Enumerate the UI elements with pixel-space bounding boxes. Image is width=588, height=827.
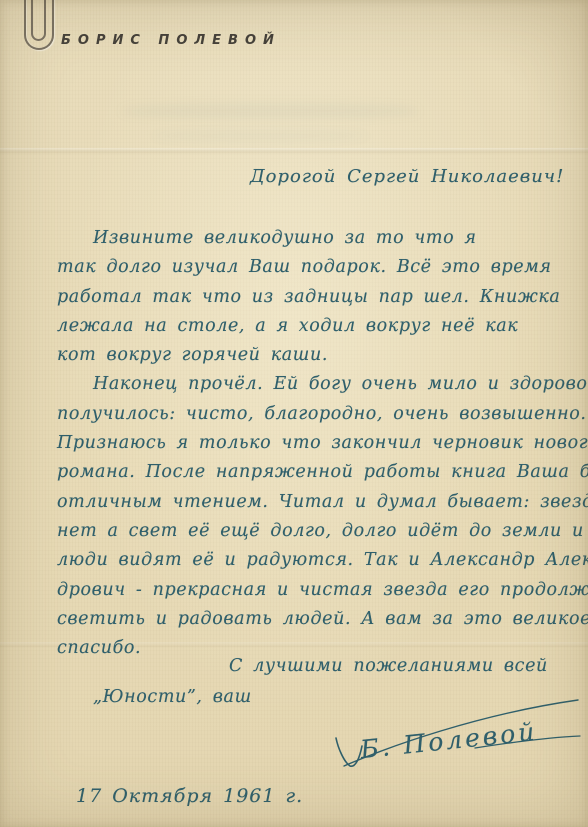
closing-line: С лучшими пожеланиями всей — [57, 656, 497, 687]
letterhead-name: БОРИС ПОЛЕВОЙ — [61, 33, 281, 48]
body-line: светить и радовать людей. А вам за это в… — [57, 609, 543, 638]
body-line: дрович - прекрасная и чистая звезда его … — [57, 580, 543, 609]
letter-page: БОРИС ПОЛЕВОЙ Дорогой Сергей Николаевич!… — [0, 0, 588, 827]
body-line: кот вокруг горячей каши. — [57, 345, 543, 374]
body-line: Признаюсь я только что закончил черновик… — [57, 433, 543, 462]
body-line: люди видят её и радуются. Так и Александ… — [57, 550, 543, 579]
body-line: романа. После напряженной работы книга В… — [57, 462, 543, 491]
body-line: нет а свет её ещё долго, долго идёт до з… — [57, 521, 543, 550]
body-line: отличным чтением. Читал и думал бывает: … — [57, 492, 543, 521]
corner-fold-shading — [398, 0, 588, 160]
signature-block: Б. Полевой — [330, 686, 584, 788]
body-line: Извините великодушно за то что я — [57, 228, 543, 257]
letter-date: 17 Октября 1961 г. — [76, 785, 303, 807]
body-line: лежала на столе, а я ходил вокруг неё ка… — [57, 316, 543, 345]
body-line: Наконец прочёл. Ей богу очень мило и здо… — [57, 374, 543, 403]
salutation: Дорогой Сергей Николаевич! — [250, 166, 564, 187]
body-line: так долго изучал Ваш подарок. Всё это вр… — [57, 257, 543, 286]
paper-crease-top — [0, 148, 588, 154]
paperclip-icon — [24, 0, 56, 52]
ink-bleedthrough-smudge — [150, 130, 370, 142]
paperclip-inner-loop — [31, 0, 46, 41]
ink-bleedthrough-smudge — [120, 104, 420, 118]
body-line: работал так что из задницы пар шел. Книж… — [57, 287, 543, 316]
body-line: получилось: чисто, благородно, очень воз… — [57, 404, 543, 433]
letter-body: Извините великодушно за то что я так дол… — [57, 228, 543, 667]
